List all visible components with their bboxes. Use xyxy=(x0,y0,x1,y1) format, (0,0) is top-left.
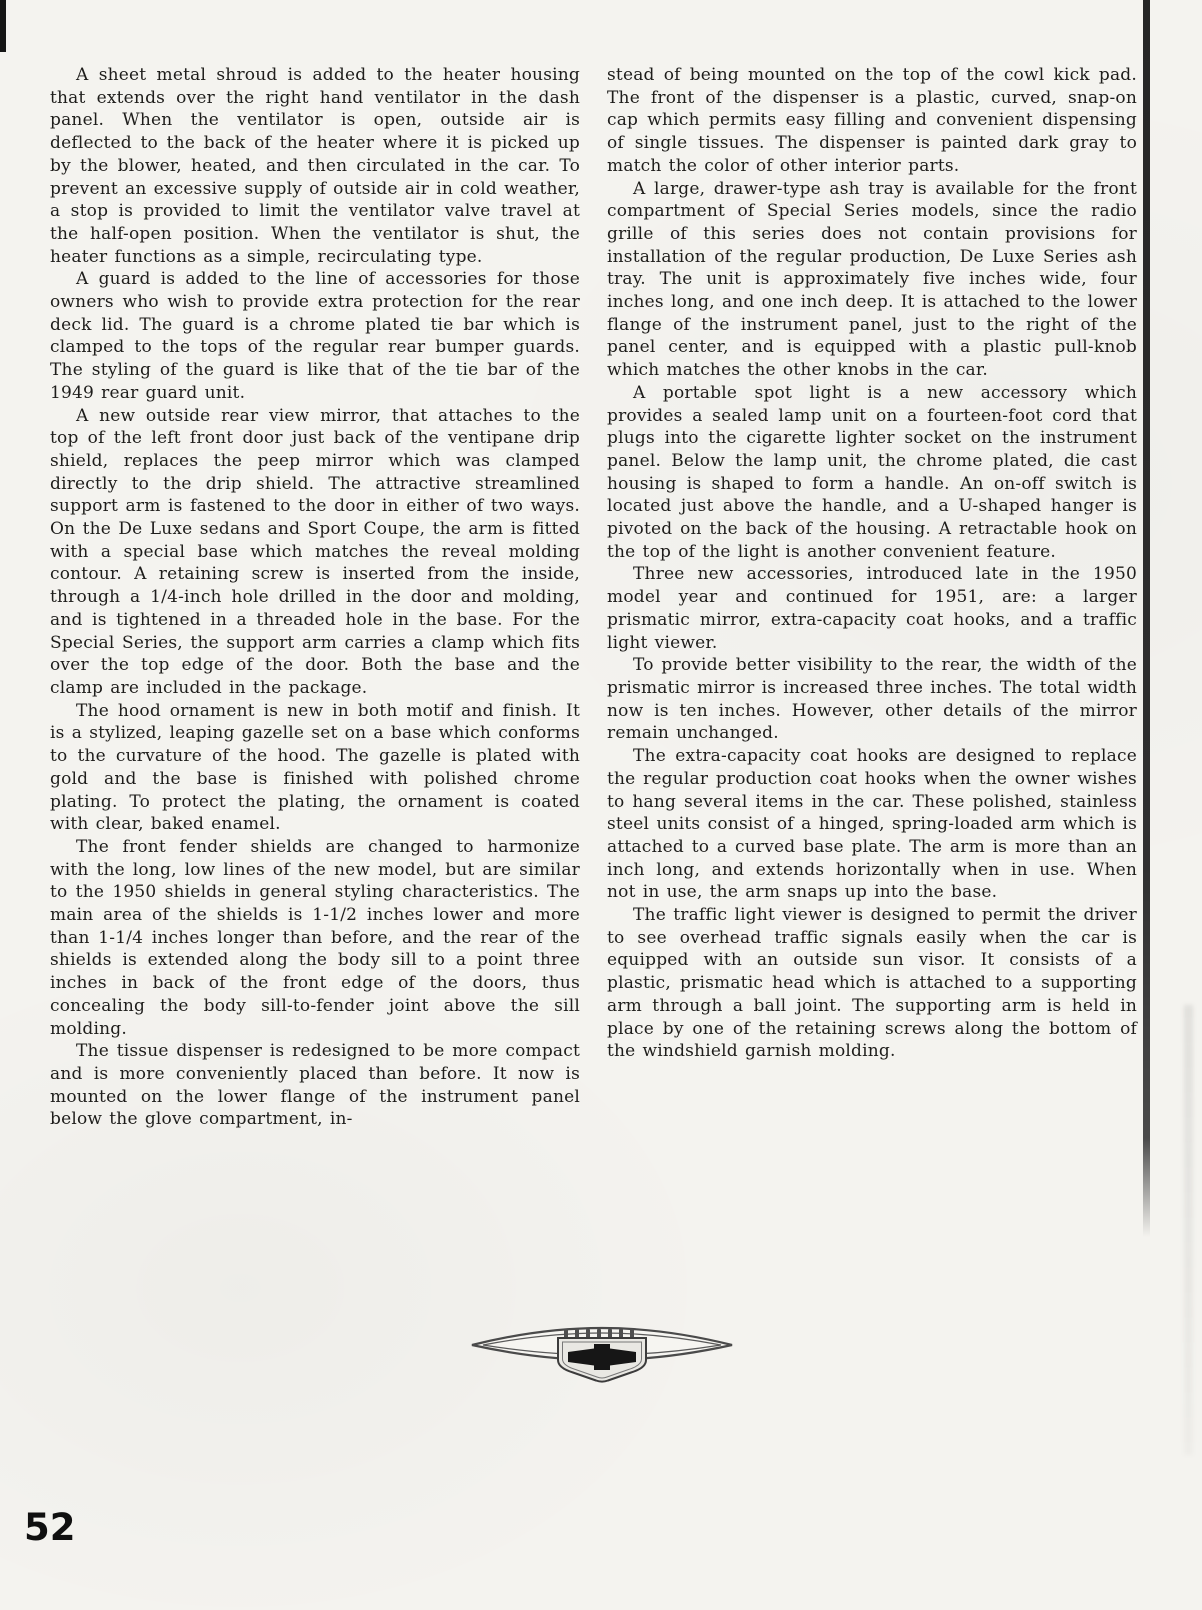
body-paragraph: The traffic light viewer is designed to … xyxy=(607,904,1137,1063)
body-paragraph: stead of being mounted on the top of the… xyxy=(607,64,1137,178)
body-paragraph: Three new accessories, introduced late i… xyxy=(607,563,1137,654)
body-paragraph: A sheet metal shroud is added to the hea… xyxy=(50,64,580,268)
body-paragraph: The tissue dispenser is redesigned to be… xyxy=(50,1040,580,1131)
chevrolet-crest-emblem-icon xyxy=(468,1308,736,1388)
body-paragraph: A large, drawer-type ash tray is availab… xyxy=(607,178,1137,382)
body-paragraph: To provide better visibility to the rear… xyxy=(607,654,1137,745)
body-paragraph: The front fender shields are changed to … xyxy=(50,836,580,1040)
body-paragraph: The extra-capacity coat hooks are design… xyxy=(607,745,1137,904)
scan-artifact-smudge xyxy=(1184,1005,1193,1455)
body-paragraph: The hood ornament is new in both motif a… xyxy=(50,700,580,836)
left-text-column: A sheet metal shroud is added to the hea… xyxy=(50,64,580,1131)
right-text-column: stead of being mounted on the top of the… xyxy=(607,64,1137,1063)
body-paragraph: A new outside rear view mirror, that att… xyxy=(50,405,580,700)
document-page: A sheet metal shroud is added to the hea… xyxy=(0,0,1202,1610)
body-paragraph: A portable spot light is a new accessory… xyxy=(607,382,1137,564)
scan-artifact-corner xyxy=(0,0,6,52)
scan-artifact-edge-line xyxy=(1143,0,1150,1237)
body-paragraph: A guard is added to the line of accessor… xyxy=(50,268,580,404)
page-number: 52 xyxy=(24,1506,76,1549)
